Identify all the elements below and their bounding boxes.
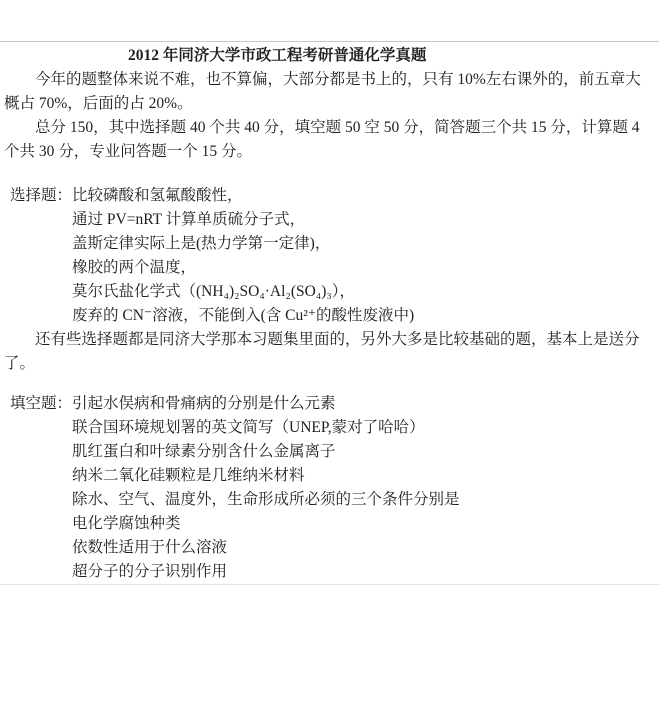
choice-section-label: 选择题： [4,184,72,208]
intro-paragraph-difficulty: 今年的题整体来说不难，也不算偏，大部分都是书上的，只有 10%左右课外的，前五章… [4,68,655,116]
blank-item: 联合国环境规划署的英文简写（UNEP,蒙对了哈哈） [72,416,655,440]
choice-item: 莫尔氏盐化学式（(NH₄)₂SO₄·Al₂(SO₄)₃）， [72,280,655,304]
blank-item: 引起水俣病和骨痛病的分别是什么元素 [72,392,655,416]
blank-section: 填空题： 引起水俣病和骨痛病的分别是什么元素 联合国环境规划署的英文简写（UNE… [4,392,655,584]
blank-section-label: 填空题： [4,392,72,416]
intro-paragraph-scoring: 总分 150，其中选择题 40 个共 40 分，填空题 50 空 50 分，简答… [4,116,655,164]
page-title: 2012 年同济大学市政工程考研普通化学真题 [4,44,655,68]
choice-item: 盖斯定律实际上是(热力学第一定律)， [72,232,655,256]
choice-item: 比较磷酸和氢氟酸酸性， [72,184,655,208]
blank-item: 依数性适用于什么溶液 [72,536,655,560]
choice-item: 橡胶的两个温度， [72,256,655,280]
blank-item: 电化学腐蚀种类 [72,512,655,536]
blank-item: 除水、空气、温度外，生命形成所必须的三个条件分别是 [72,488,655,512]
choice-section: 选择题： 比较磷酸和氢氟酸酸性， 通过 PV=nRT 计算单质硫分子式， 盖斯定… [4,184,655,328]
choice-item: 废弃的 CN⁻溶液，不能倒入(含 Cu²⁺的酸性废液中) [72,304,655,328]
document: 2012 年同济大学市政工程考研普通化学真题 今年的题整体来说不难，也不算偏，大… [0,42,659,584]
blank-section-items: 引起水俣病和骨痛病的分别是什么元素 联合国环境规划署的英文简写（UNEP,蒙对了… [72,392,655,584]
blank-item: 纳米二氧化硅颗粒是几维纳米材料 [72,464,655,488]
divider-bottom [0,584,659,585]
choice-section-note: 还有些选择题都是同济大学那本习题集里面的，另外大多是比较基础的题，基本上是送分了… [4,328,655,376]
choice-section-items: 比较磷酸和氢氟酸酸性， 通过 PV=nRT 计算单质硫分子式， 盖斯定律实际上是… [72,184,655,328]
blank-item: 肌红蛋白和叶绿素分别含什么金属离子 [72,440,655,464]
blank-item: 超分子的分子识别作用 [72,560,655,584]
choice-item: 通过 PV=nRT 计算单质硫分子式， [72,208,655,232]
